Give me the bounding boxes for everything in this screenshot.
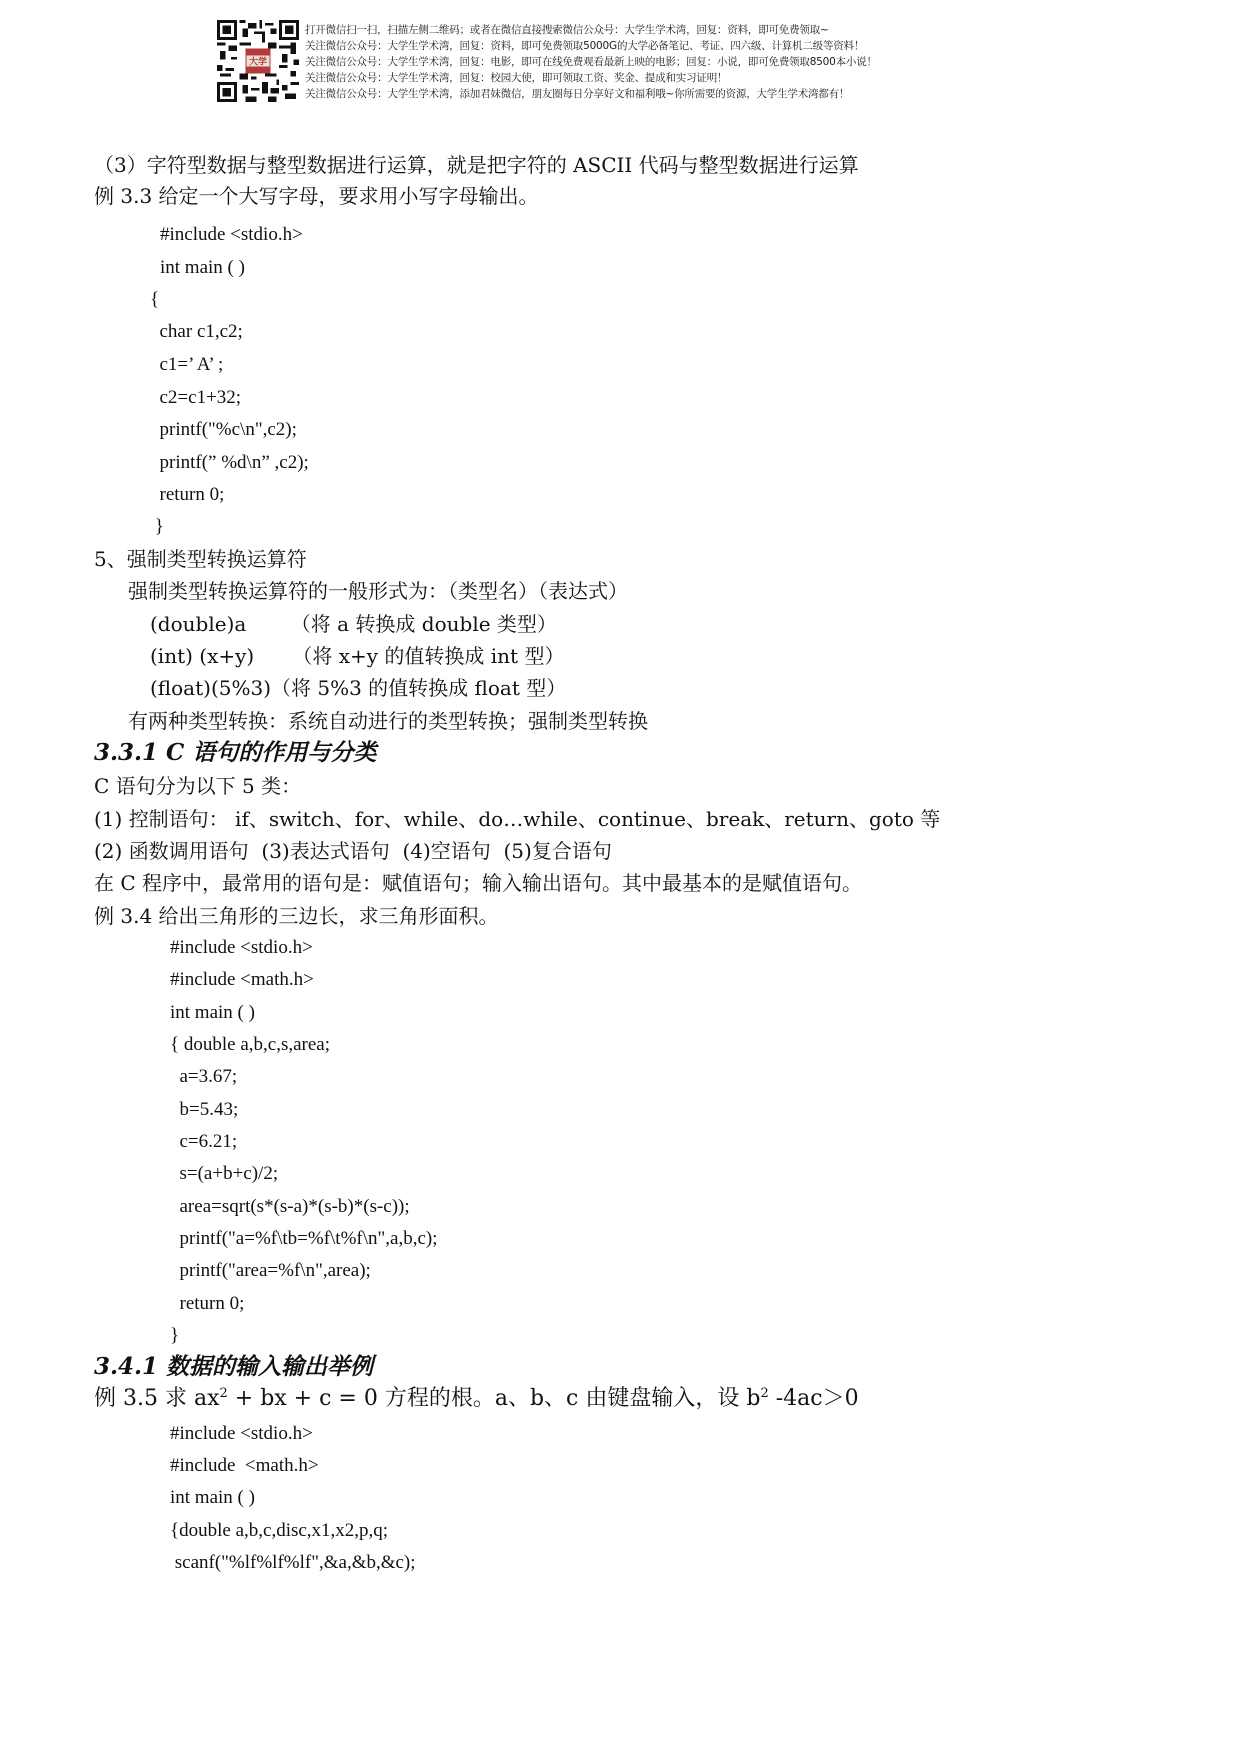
code-line: { bbox=[150, 286, 159, 314]
code-line: return 0; bbox=[170, 1290, 244, 1318]
statement-note: 在 C 程序中，最常用的语句是：赋值语句；输入输出语句。其中最基本的是赋值语句。 bbox=[94, 869, 862, 897]
code-line: int main ( ) bbox=[160, 254, 245, 282]
promo-line: 关注微信公众号：大学生学术湾，添加君妹微信，朋友圈每日分享好文和福利哦~你所需要… bbox=[305, 86, 985, 102]
example-3-5-title: 例 3.5 求 ax2 + bx + c = 0 方程的根。a、b、c 由键盘输… bbox=[94, 1385, 859, 1413]
statement-category-item: (1) 控制语句： if、switch、for、while、do…while、c… bbox=[94, 805, 940, 833]
code-line: char c1,c2; bbox=[150, 318, 243, 346]
paragraph-char-int: （3）字符型数据与整型数据进行运算，就是把字符的 ASCII 代码与整型数据进行… bbox=[94, 151, 859, 179]
code-line: #include <stdio.h> bbox=[170, 934, 313, 962]
code-line: c=6.21; bbox=[170, 1128, 237, 1156]
code-line: {double a,b,c,disc,x1,x2,p,q; bbox=[170, 1517, 388, 1545]
cast-example: (double)a （将 a 转换成 double 类型） bbox=[150, 610, 557, 638]
code-line: scanf("%lf%lf%lf",&a,&b,&c); bbox=[170, 1549, 416, 1577]
code-line: #include <math.h> bbox=[170, 1452, 319, 1480]
example-3-5-text: 例 3.5 求 ax bbox=[94, 1386, 220, 1411]
superscript: 2 bbox=[760, 1386, 768, 1401]
statement-categories-intro: C 语句分为以下 5 类： bbox=[94, 772, 301, 800]
section-3-3-1-heading: 3.3.1 C 语句的作用与分类 bbox=[94, 738, 376, 768]
example-3-4-title: 例 3.4 给出三角形的三边长，求三角形面积。 bbox=[94, 902, 499, 930]
example-3-3-title: 例 3.3 给定一个大写字母，要求用小写字母输出。 bbox=[94, 182, 539, 210]
promo-banner: 大学 打开微信扫一扫，扫描左侧二维码；或者在微信直接搜索微信公众号：大学生学术湾… bbox=[217, 20, 977, 102]
code-line: #include <stdio.h> bbox=[160, 221, 303, 249]
qr-code-icon[interactable]: 大学 bbox=[217, 20, 299, 102]
example-3-5-text: -4ac＞0 bbox=[769, 1386, 859, 1411]
code-line: printf(” %d\n” ,c2); bbox=[150, 449, 309, 477]
promo-line: 关注微信公众号：大学生学术湾，回复：校园大使，即可领取工资、奖金、提成和实习证明… bbox=[305, 70, 985, 86]
code-line: s=(a+b+c)/2; bbox=[170, 1160, 278, 1188]
code-line: area=sqrt(s*(s-a)*(s-b)*(s-c)); bbox=[170, 1193, 410, 1221]
cast-operator-form: 强制类型转换运算符的一般形式为：（类型名）（表达式） bbox=[128, 577, 628, 605]
code-line: printf("a=%f\tb=%f\t%f\n",a,b,c); bbox=[170, 1225, 438, 1253]
code-line: printf("area=%f\n",area); bbox=[170, 1257, 371, 1285]
cast-example: (float)(5%3)（将 5%3 的值转换成 float 型） bbox=[150, 674, 566, 702]
code-line: int main ( ) bbox=[170, 999, 255, 1027]
code-line: b=5.43; bbox=[170, 1096, 238, 1124]
code-line: int main ( ) bbox=[170, 1484, 255, 1512]
promo-text: 打开微信扫一扫，扫描左侧二维码；或者在微信直接搜索微信公众号：大学生学术湾，回复… bbox=[305, 22, 985, 102]
superscript: 2 bbox=[220, 1386, 228, 1401]
code-line: c1=’ A’ ; bbox=[150, 351, 223, 379]
svg-text:大学: 大学 bbox=[249, 55, 267, 67]
cast-example: (int) (x+y) （将 x+y 的值转换成 int 型） bbox=[150, 642, 564, 670]
code-line: } bbox=[170, 1322, 179, 1350]
code-line: a=3.67; bbox=[170, 1063, 237, 1091]
code-line: { double a,b,c,s,area; bbox=[170, 1031, 330, 1059]
section-3-4-1-heading: 3.4.1 数据的输入输出举例 bbox=[94, 1352, 373, 1382]
cast-summary: 有两种类型转换：系统自动进行的类型转换；强制类型转换 bbox=[128, 707, 648, 735]
code-line: } bbox=[150, 513, 164, 541]
statement-category-item: (2) 函数调用语句 (3)表达式语句 (4)空语句 (5)复合语句 bbox=[94, 837, 612, 865]
promo-line: 打开微信扫一扫，扫描左侧二维码；或者在微信直接搜索微信公众号：大学生学术湾，回复… bbox=[305, 22, 985, 38]
code-line: c2=c1+32; bbox=[150, 384, 241, 412]
code-line: #include <stdio.h> bbox=[170, 1420, 313, 1448]
example-3-5-text: + bx + c = 0 方程的根。a、b、c 由键盘输入，设 b bbox=[228, 1386, 761, 1411]
promo-line: 关注微信公众号：大学生学术湾，回复：资料，即可免费领取5000G的大学必备笔记、… bbox=[305, 38, 985, 54]
code-line: #include <math.h> bbox=[170, 966, 314, 994]
code-line: printf("%c\n",c2); bbox=[150, 416, 297, 444]
promo-line: 关注微信公众号：大学生学术湾，回复：电影，即可在线免费观看最新上映的电影；回复：… bbox=[305, 54, 985, 70]
cast-operator-heading: 5、强制类型转换运算符 bbox=[94, 545, 307, 573]
code-line: return 0; bbox=[150, 481, 224, 509]
